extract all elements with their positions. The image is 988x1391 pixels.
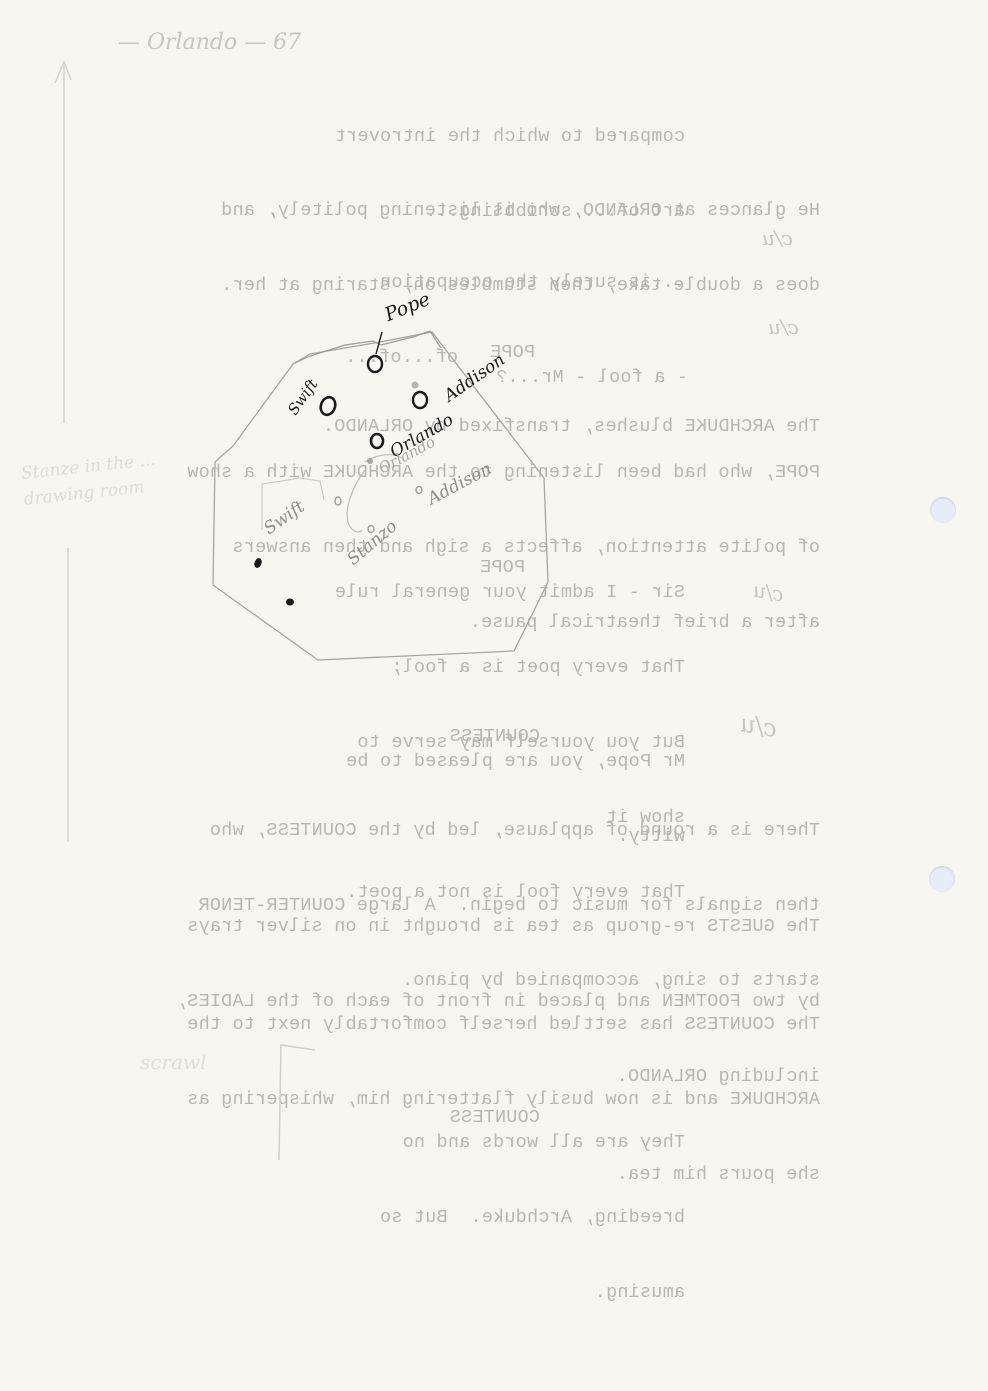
seating-diagram: [0, 0, 988, 1391]
seat-addison: [413, 392, 427, 408]
octagon-outline: [213, 332, 548, 660]
seat-pope: [368, 356, 382, 372]
scanned-page: — Orlando — 67 compared to which the int…: [0, 0, 988, 1391]
seat-orlando: [371, 434, 383, 448]
seat-swift: [318, 395, 337, 417]
